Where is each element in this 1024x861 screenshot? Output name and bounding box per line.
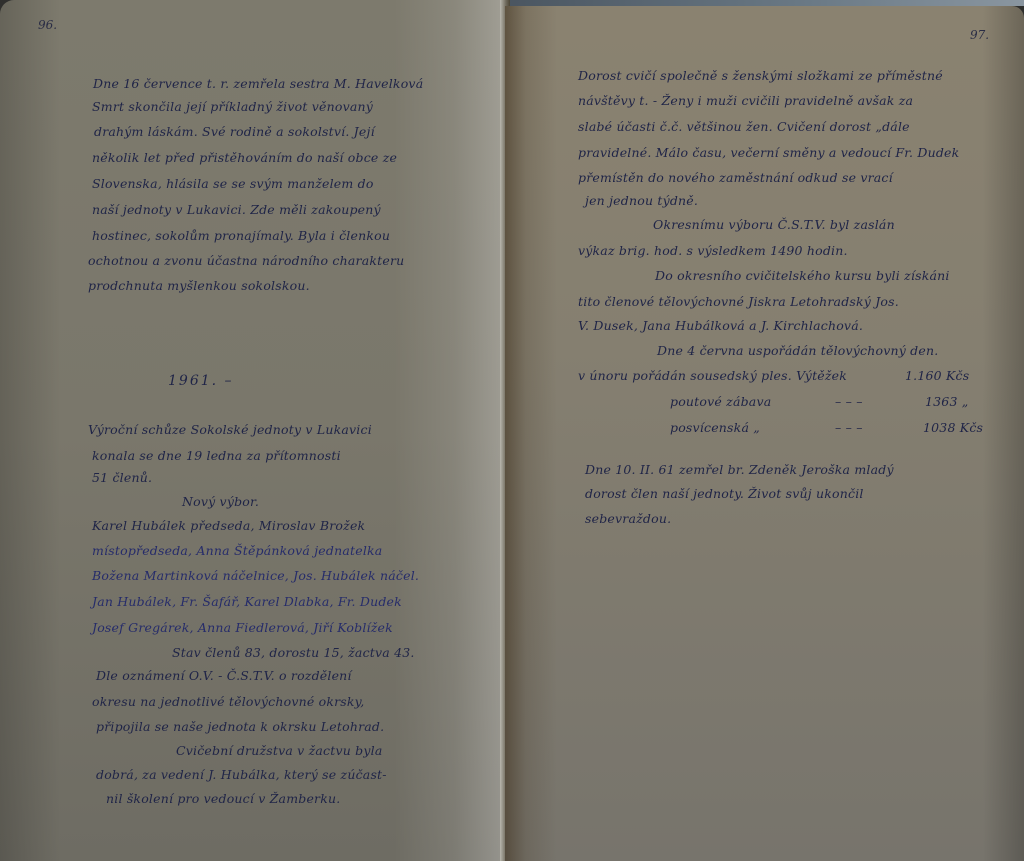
text-line: okresu na jednotlivé tělovýchovné okrsky… bbox=[92, 694, 364, 709]
text-line: dobrá, za vedení J. Hubálka, který se zú… bbox=[96, 767, 387, 782]
text-line: prodchnuta myšlenkou sokolskou. bbox=[88, 278, 310, 293]
left-page-number: 96. bbox=[38, 18, 57, 32]
text-line: Dorost cvičí společně s ženskými složkam… bbox=[578, 68, 943, 83]
text-line: jen jednou týdně. bbox=[585, 193, 698, 208]
committee-line: Karel Hubálek předseda, Miroslav Brožek bbox=[92, 518, 365, 533]
text-line: několik let před přistěhováním do naší o… bbox=[92, 150, 397, 165]
committee-line: Jan Hubálek, Fr. Šafář, Karel Dlabka, Fr… bbox=[92, 594, 402, 609]
text-line: Výroční schůze Sokolské jednoty v Lukavi… bbox=[88, 422, 372, 437]
text-line: slabé účasti č.č. většinou žen. Cvičení … bbox=[578, 119, 910, 134]
text-line: Okresnímu výboru Č.S.T.V. byl zaslán bbox=[653, 217, 895, 232]
proceeds-amount: 1.160 Kčs bbox=[905, 368, 969, 383]
text-line: dorost člen naší jednoty. Život svůj uko… bbox=[585, 486, 864, 501]
left-page: 96. Dne 16 července t. r. zemřela sestra… bbox=[0, 0, 505, 861]
text-line: drahým láskám. Své rodině a sokolství. J… bbox=[94, 124, 375, 139]
text-line: konala se dne 19 ledna za přítomnosti bbox=[92, 448, 341, 463]
text-line: Dne 4 června uspořádán tělovýchovný den. bbox=[657, 343, 938, 358]
right-page: 97. Dorost cvičí společně s ženskými slo… bbox=[505, 6, 1024, 861]
leader-dashes: – – – bbox=[835, 420, 863, 435]
committee-line: Božena Martinková náčelnice, Jos. Hubále… bbox=[92, 568, 419, 583]
text-line: nil školení pro vedoucí v Žamberku. bbox=[106, 791, 340, 806]
text-line: Dle oznámení O.V. - Č.S.T.V. o rozdělení bbox=[96, 668, 352, 683]
text-line: tito členové tělovýchovné Jiskra Letohra… bbox=[578, 294, 899, 309]
text-line: připojila se naše jednota k okrsku Letoh… bbox=[96, 719, 384, 734]
proceeds-amount: 1363 „ bbox=[925, 394, 968, 409]
text-line: naší jednoty v Lukavici. Zde měli zakoup… bbox=[92, 202, 381, 217]
proceeds-label: poutové zábava bbox=[670, 394, 771, 409]
text-line: pravidelné. Málo času, večerní směny a v… bbox=[578, 145, 959, 160]
text-line: hostinec, sokolům pronajímaly. Byla i čl… bbox=[92, 228, 390, 243]
text-line: Cvičební družstva v žactvu byla bbox=[176, 743, 382, 758]
committee-heading: Nový výbor. bbox=[182, 494, 259, 509]
leader-dashes: – – – bbox=[835, 394, 863, 409]
right-page-number: 97. bbox=[970, 28, 989, 42]
text-line: přemístěn do nového zaměstnání odkud se … bbox=[578, 170, 893, 185]
text-line: návštěvy t. - Ženy i muži cvičili pravid… bbox=[578, 93, 913, 108]
text-line: Dne 16 července t. r. zemřela sestra M. … bbox=[93, 76, 423, 91]
membership-stats: Stav členů 83, dorostu 15, žactva 43. bbox=[172, 645, 415, 660]
text-line: Dne 10. II. 61 zemřel br. Zdeněk Jeroška… bbox=[585, 462, 894, 477]
text-line: ochotnou a zvonu účastna národního chara… bbox=[88, 253, 404, 268]
text-line: Do okresního cvičitelského kursu byli zí… bbox=[655, 268, 950, 283]
open-book: 96. Dne 16 července t. r. zemřela sestra… bbox=[0, 0, 1024, 861]
text-line: sebevraždou. bbox=[585, 511, 671, 526]
committee-line: místopředseda, Anna Štěpánková jednatelk… bbox=[92, 543, 382, 558]
proceeds-amount: 1038 Kčs bbox=[923, 420, 983, 435]
text-line: Slovenska, hlásila se se svým manželem d… bbox=[92, 176, 374, 191]
text-line: v únoru pořádán sousedský ples. Výtěžek bbox=[578, 368, 847, 383]
proceeds-label: posvícenská „ bbox=[670, 420, 760, 435]
text-line: 51 členů. bbox=[92, 470, 152, 485]
text-line: V. Dusek, Jana Hubálková a J. Kirchlacho… bbox=[578, 318, 863, 333]
text-line: Smrt skončila její příkladný život věnov… bbox=[92, 99, 373, 114]
text-line: výkaz brig. hod. s výsledkem 1490 hodin. bbox=[578, 243, 848, 258]
committee-line: Josef Gregárek, Anna Fiedlerová, Jiří Ko… bbox=[92, 620, 393, 635]
year-heading: 1961. – bbox=[168, 373, 234, 389]
